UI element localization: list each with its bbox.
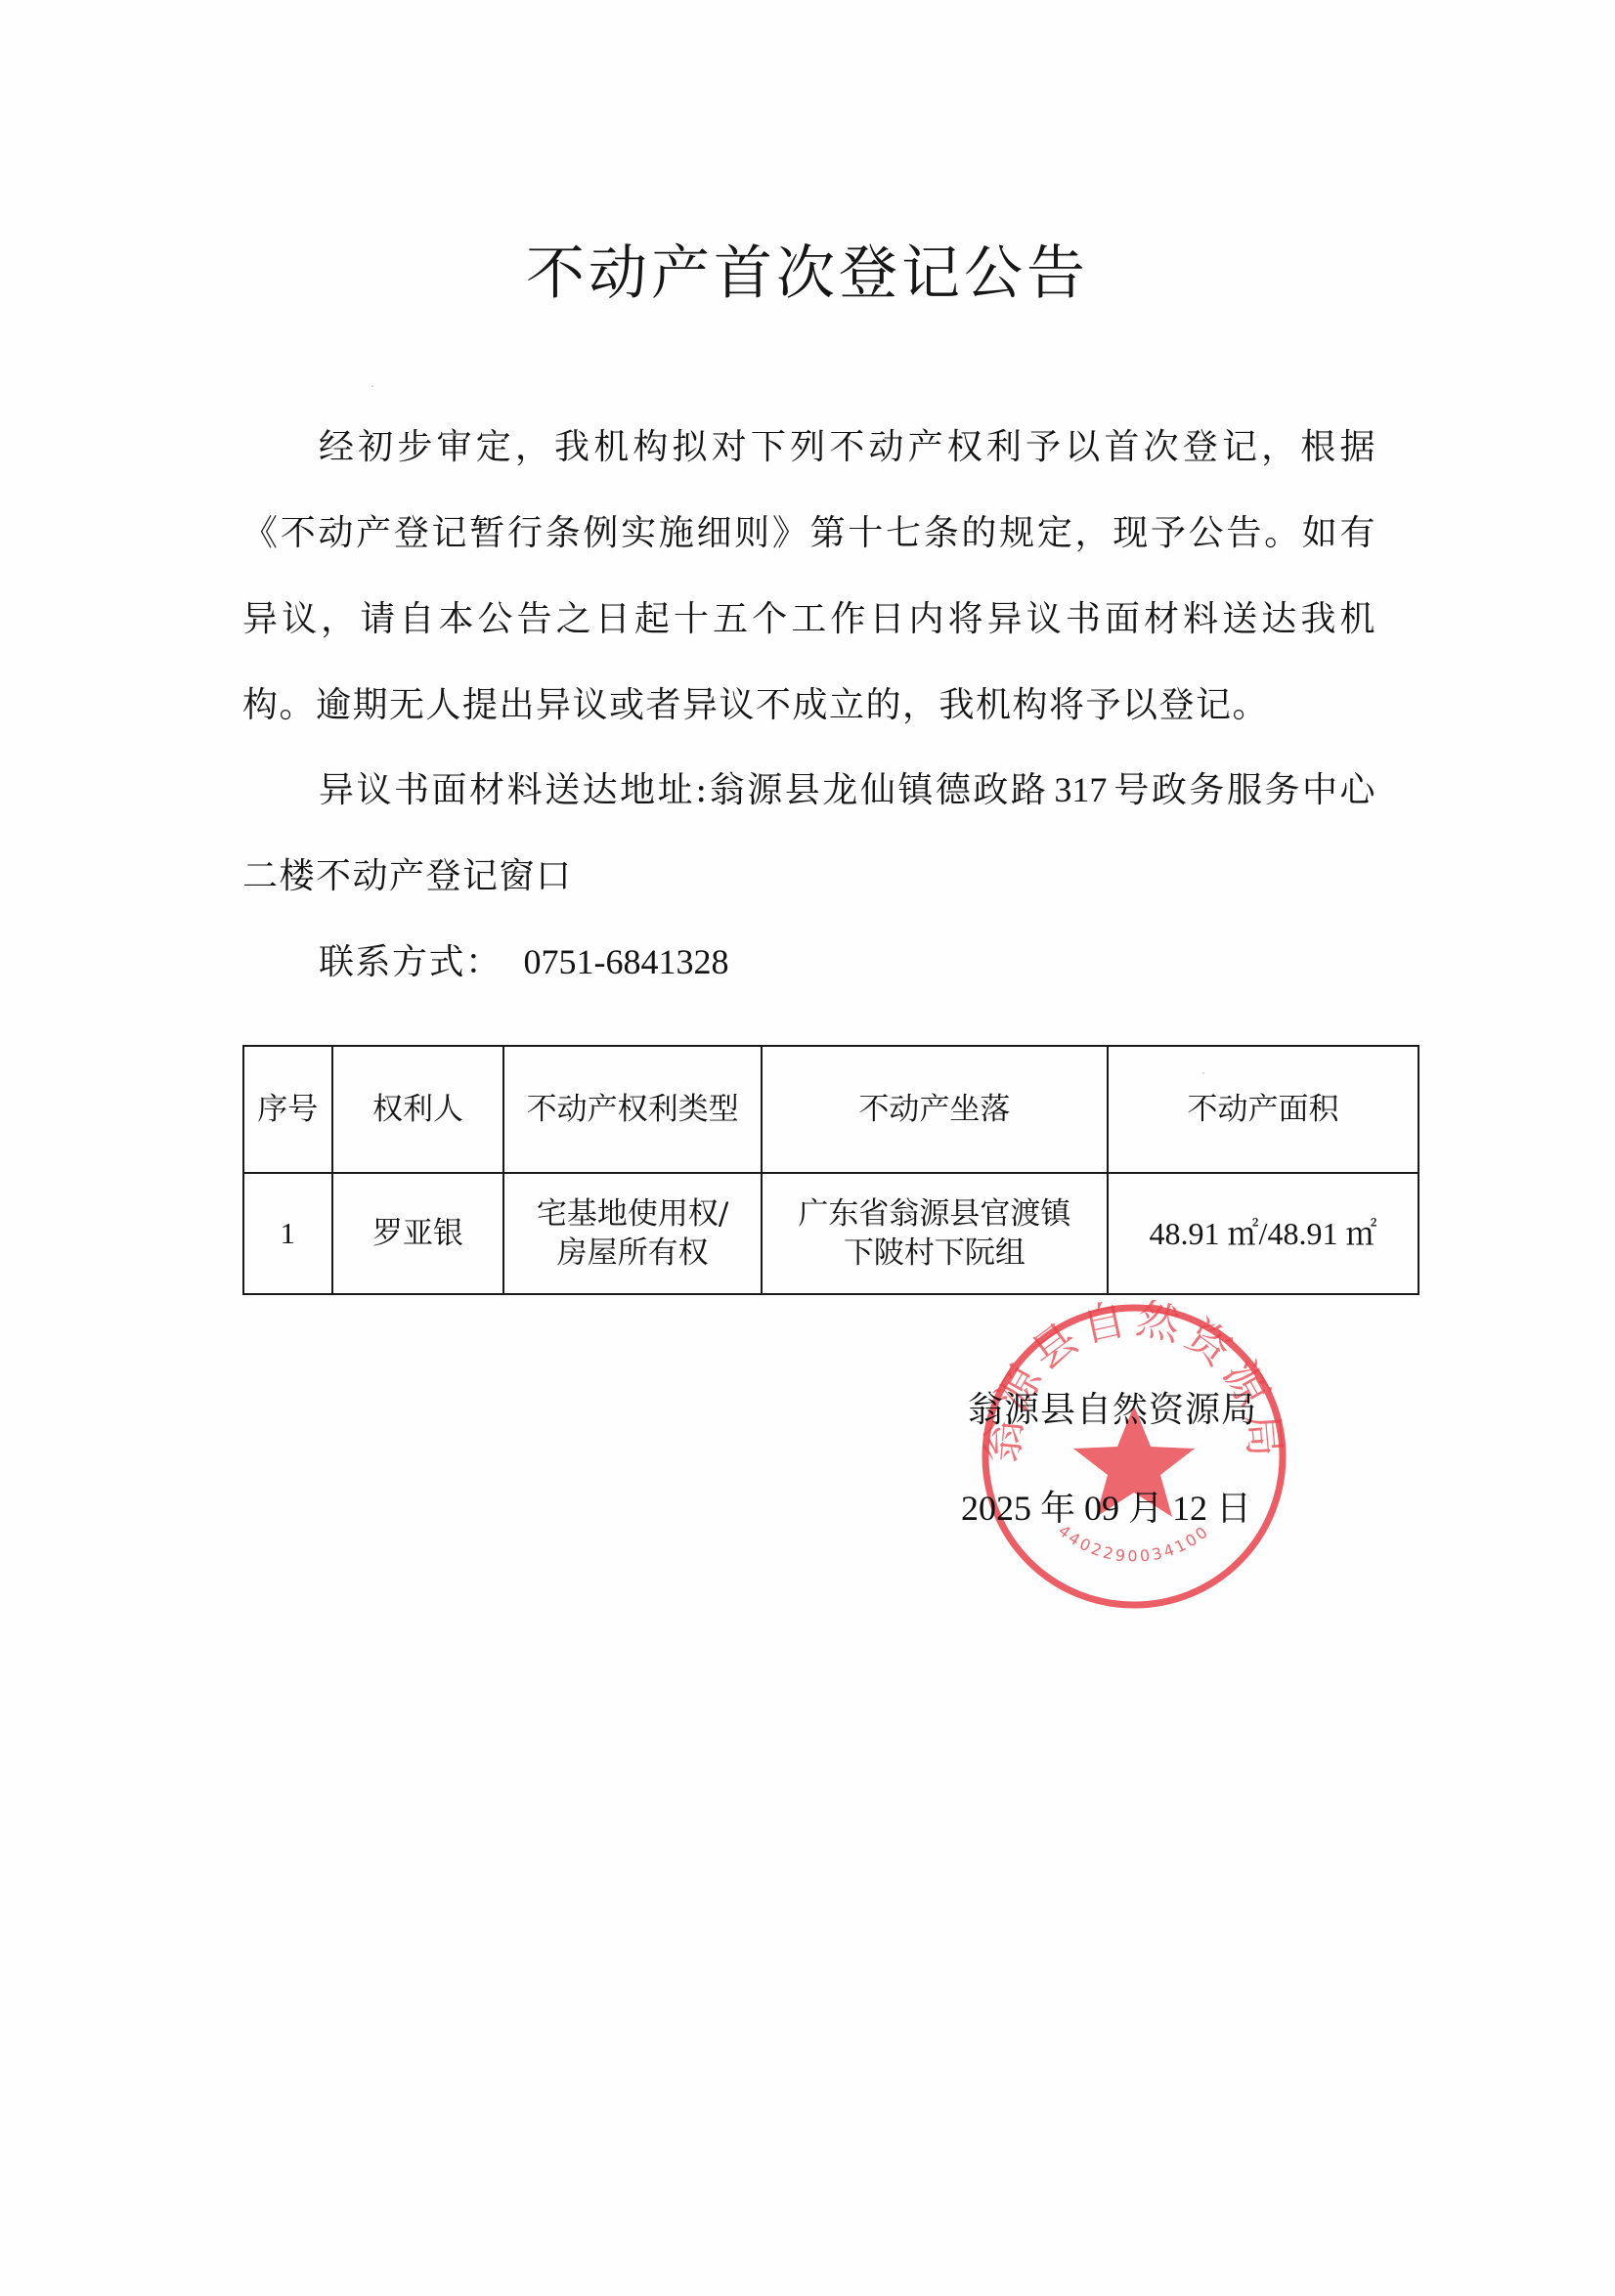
right-type-line2: 房屋所有权 bbox=[510, 1234, 754, 1273]
address-paragraph: 异议书面材料送达地址:翁源县龙仙镇德政路317号政务服务中心二楼不动产登记窗口 bbox=[242, 747, 1376, 920]
date-month-unit: 月 bbox=[1128, 1489, 1163, 1529]
cell-holder: 罗亚银 bbox=[332, 1173, 504, 1294]
cell-index: 1 bbox=[243, 1173, 332, 1294]
location-line1: 广东省翁源县官渡镇 bbox=[768, 1194, 1101, 1234]
scan-speck bbox=[371, 385, 373, 387]
official-seal: 翁源县自然资源局 4402290034100 bbox=[978, 1300, 1290, 1613]
table-header-row: 序号 权利人 不动产权利类型 不动产坐落 不动产面积 bbox=[243, 1046, 1419, 1173]
header-holder: 权利人 bbox=[332, 1046, 504, 1173]
date-day: 12 bbox=[1172, 1489, 1207, 1528]
header-area: 不动产面积 bbox=[1108, 1046, 1419, 1173]
registration-table: 序号 权利人 不动产权利类型 不动产坐落 不动产面积 1 罗亚银 宅基地使用权/… bbox=[242, 1045, 1419, 1295]
document-page: 不动产首次登记公告 经初步审定，我机构拟对下列不动产权利予以首次登记，根据《不动… bbox=[0, 0, 1615, 2296]
cell-right-type: 宅基地使用权/ 房屋所有权 bbox=[503, 1173, 761, 1294]
right-type-line1: 宅基地使用权/ bbox=[510, 1194, 754, 1234]
address-number: 317 bbox=[1054, 770, 1107, 809]
table-row: 1 罗亚银 宅基地使用权/ 房屋所有权 广东省翁源县官渡镇 下陂村下阮组 48.… bbox=[243, 1173, 1419, 1294]
cell-location: 广东省翁源县官渡镇 下陂村下阮组 bbox=[762, 1173, 1108, 1294]
location-line2: 下陂村下阮组 bbox=[768, 1234, 1101, 1273]
date-year-unit: 年 bbox=[1040, 1489, 1075, 1529]
cell-index-text: 1 bbox=[281, 1216, 296, 1250]
intro-paragraph: 经初步审定，我机构拟对下列不动产权利予以首次登记，根据《不动产登记暂行条例实施细… bbox=[242, 405, 1376, 749]
contact-phone: 0751-6841328 bbox=[524, 942, 729, 981]
issuing-organization: 翁源县自然资源局 bbox=[968, 1386, 1257, 1435]
header-right-type: 不动产权利类型 bbox=[503, 1046, 761, 1173]
issue-date: 2025 年 09 月 12 日 bbox=[961, 1484, 1251, 1534]
page-title: 不动产首次登记公告 bbox=[0, 239, 1615, 308]
address-prefix: 异议书面材料送达地址:翁源县龙仙镇德政路 bbox=[319, 770, 1048, 810]
contact-label: 联系方式： bbox=[319, 942, 502, 982]
date-month: 09 bbox=[1084, 1489, 1119, 1528]
header-index: 序号 bbox=[243, 1046, 332, 1173]
date-year: 2025 bbox=[961, 1489, 1031, 1528]
contact-paragraph: 联系方式：0751-6841328 bbox=[242, 919, 1376, 1006]
cell-area: 48.91 ㎡/48.91 ㎡ bbox=[1108, 1173, 1419, 1294]
date-day-unit: 日 bbox=[1216, 1489, 1251, 1529]
header-location: 不动产坐落 bbox=[762, 1046, 1108, 1173]
